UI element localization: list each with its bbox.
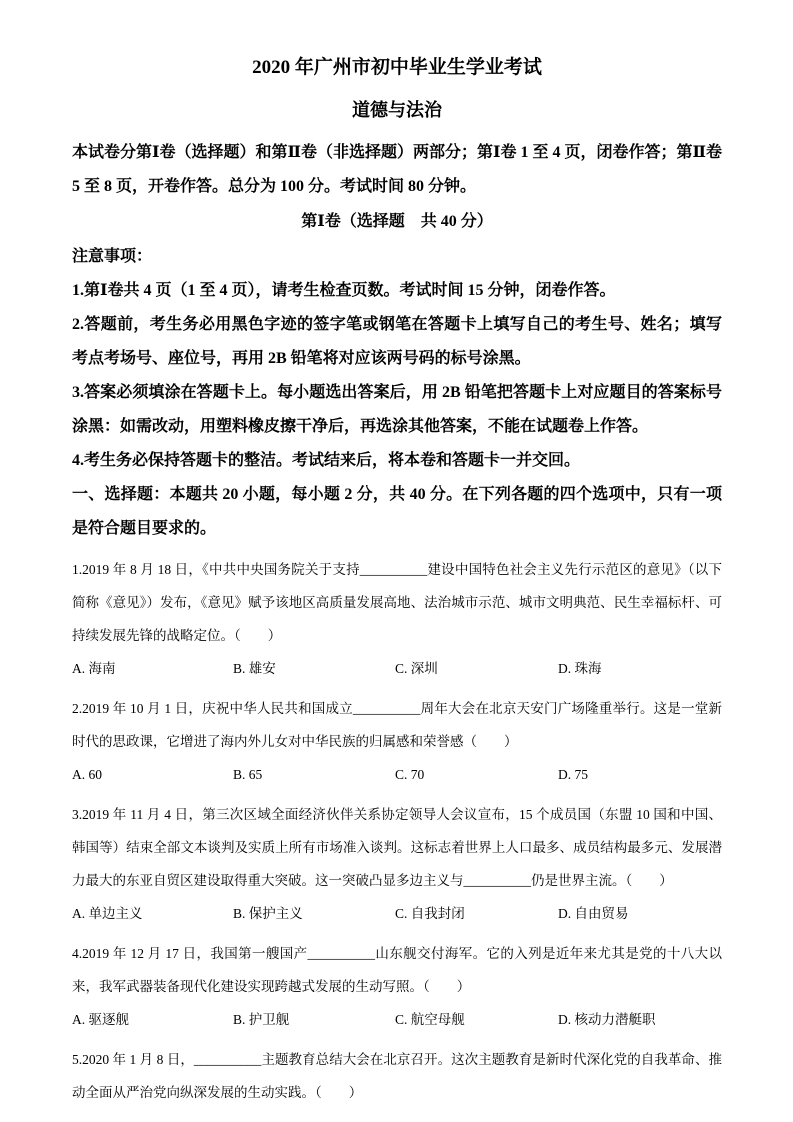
question-4-stem: 4.2019 年 12 月 17 日，我国第一艘国产__________山东舰交… — [72, 937, 722, 1003]
question-3-options: A. 单边主义 B. 保护主义 C. 自我封闭 D. 自由贸易 — [72, 897, 722, 930]
question-2-stem: 2.2019 年 10 月 1 日，庆祝中华人民共和国成立__________周… — [72, 692, 722, 758]
option-d: D. 自由贸易 — [558, 897, 722, 930]
option-c: C. 深圳 — [395, 652, 558, 685]
part-one-intro: 一、选择题：本题共 20 小题，每小题 2 分，共 40 分。在下列各题的四个选… — [72, 478, 722, 546]
question-1: 1.2019 年 8 月 18 日，《中共中央国务院关于支持__________… — [72, 553, 722, 685]
option-b: B. 雄安 — [233, 652, 395, 685]
option-b: B. 护卫舰 — [233, 1003, 395, 1036]
option-b: B. 65 — [233, 758, 395, 791]
question-1-options: A. 海南 B. 雄安 C. 深圳 D. 珠海 — [72, 652, 722, 685]
exam-title: 2020 年广州市初中毕业生学业考试 — [72, 56, 722, 80]
exam-page: 2020 年广州市初中毕业生学业考试 道德与法治 本试卷分第Ⅰ卷（选择题）和第Ⅱ… — [0, 0, 793, 1122]
option-a: A. 单边主义 — [72, 897, 233, 930]
option-c: C. 70 — [395, 758, 558, 791]
question-4-options: A. 驱逐舰 B. 护卫舰 C. 航空母舰 D. 核动力潜艇职 — [72, 1003, 722, 1036]
question-2-options: A. 60 B. 65 C. 70 D. 75 — [72, 758, 722, 791]
notes-title: 注意事项： — [72, 240, 722, 274]
section-heading: 第Ⅰ卷（选择题 共 40 分） — [72, 204, 722, 240]
option-a: A. 驱逐舰 — [72, 1003, 233, 1036]
question-5: 5.2020 年 1 月 8 日，__________主题教育总结大会在北京召开… — [72, 1043, 722, 1109]
note-item-4: 4.考生务必保持答题卡的整洁。考试结来后，将本卷和答题卡一并交回。 — [72, 444, 722, 478]
exam-intro: 本试卷分第Ⅰ卷（选择题）和第Ⅱ卷（非选择题）两部分；第Ⅰ卷 1 至 4 页，闭卷… — [72, 136, 722, 204]
note-item-3: 3.答案必须填涂在答题卡上。每小题选出答案后，用 2B 铅笔把答题卡上对应题目的… — [72, 376, 722, 444]
note-item-1: 1.第Ⅰ卷共 4 页（1 至 4 页），请考生检查页数。考试时间 15 分钟，闭… — [72, 274, 722, 308]
question-3: 3.2019 年 11 月 4 日，第三次区域全面经济伙伴关系协定领导人会议宣布… — [72, 798, 722, 930]
option-a: A. 海南 — [72, 652, 233, 685]
question-2: 2.2019 年 10 月 1 日，庆祝中华人民共和国成立__________周… — [72, 692, 722, 791]
option-c: C. 航空母舰 — [395, 1003, 558, 1036]
option-d: D. 珠海 — [558, 652, 722, 685]
question-1-stem: 1.2019 年 8 月 18 日，《中共中央国务院关于支持__________… — [72, 553, 722, 652]
option-c: C. 自我封闭 — [395, 897, 558, 930]
question-4: 4.2019 年 12 月 17 日，我国第一艘国产__________山东舰交… — [72, 937, 722, 1036]
option-d: D. 75 — [558, 758, 722, 791]
note-item-2: 2.答题前，考生务必用黑色字迹的签字笔或钢笔在答题卡上填写自己的考生号、姓名；填… — [72, 308, 722, 376]
option-a: A. 60 — [72, 758, 233, 791]
option-d: D. 核动力潜艇职 — [558, 1003, 722, 1036]
question-3-stem: 3.2019 年 11 月 4 日，第三次区域全面经济伙伴关系协定领导人会议宣布… — [72, 798, 722, 897]
exam-subject: 道德与法治 — [72, 99, 722, 122]
question-5-stem: 5.2020 年 1 月 8 日，__________主题教育总结大会在北京召开… — [72, 1043, 722, 1109]
option-b: B. 保护主义 — [233, 897, 395, 930]
